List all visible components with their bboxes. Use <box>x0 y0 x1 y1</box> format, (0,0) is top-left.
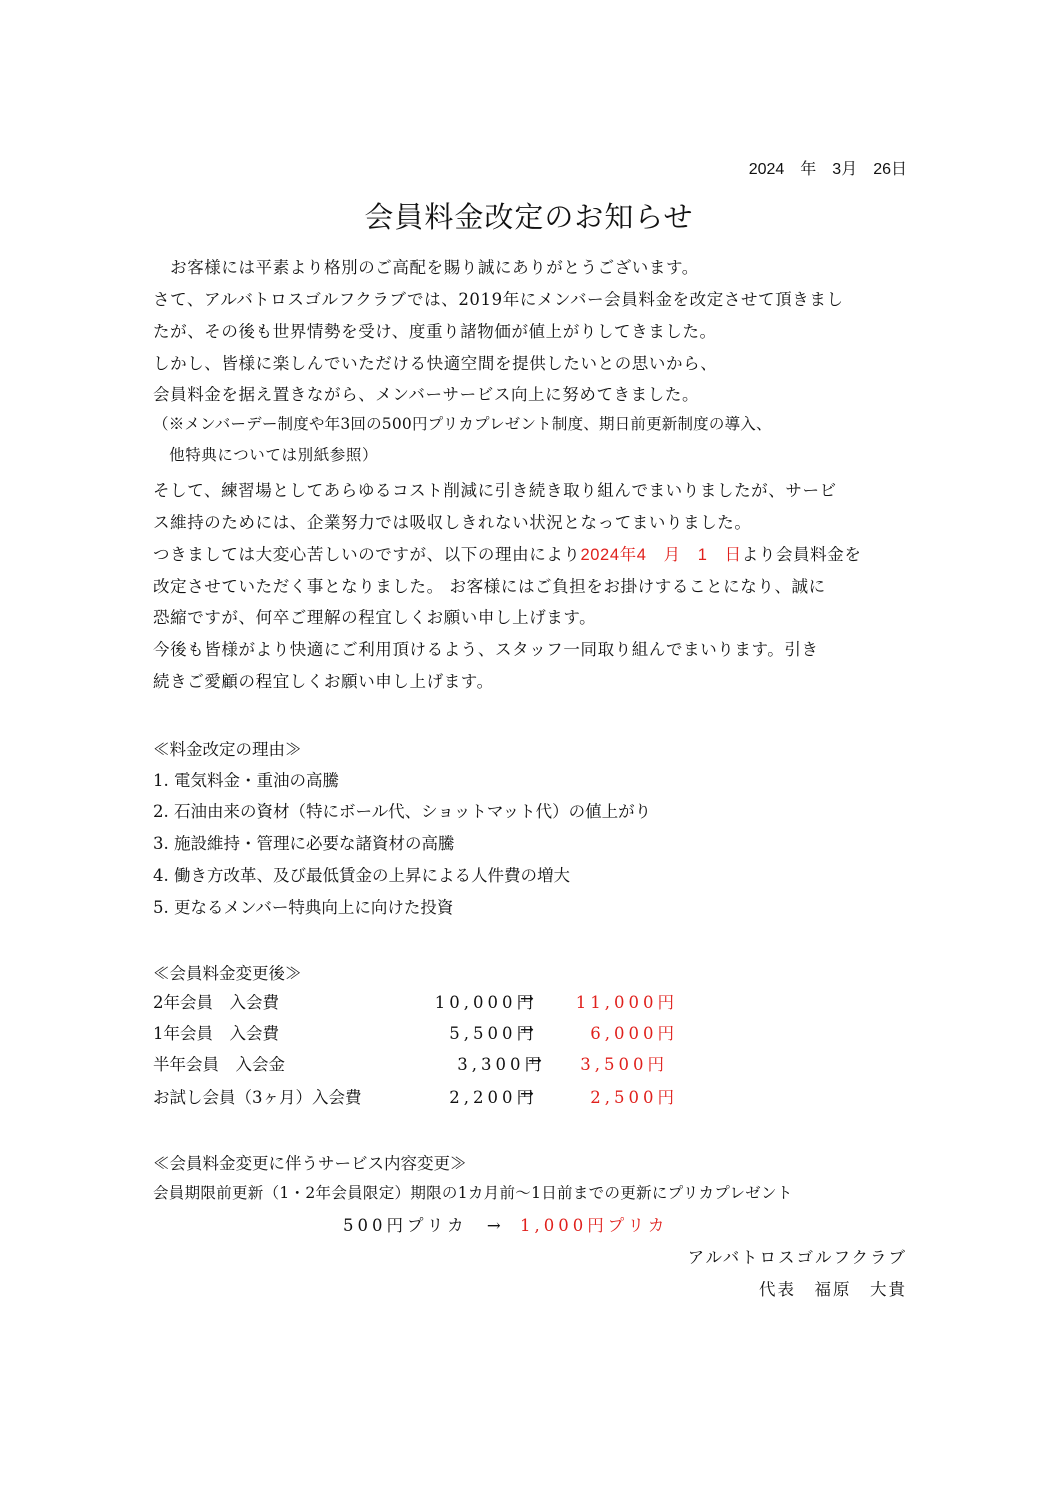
arrow-icon: → <box>520 1084 534 1103</box>
fee-row: お試し会員（3ヶ月）入会費 2,200円 → 2,500円 <box>153 1084 713 1108</box>
arrow-icon: → <box>487 1216 501 1235</box>
service-old: 500円プリカ <box>343 1216 468 1235</box>
reason-item: 3. 施設維持・管理に必要な諸資材の高騰 <box>153 830 455 854</box>
organization-name: アルバトロスゴルフクラブ <box>688 1244 907 1268</box>
body-line: 続きご愛顧の程宜しくお願い申し上げます。 <box>153 668 494 692</box>
arrow-icon: → <box>528 1051 542 1070</box>
body-line: 会員料金を据え置きながら、メンバーサービス向上に努めてきました。 <box>153 381 699 405</box>
body-note: （※メンバーデー制度や年3回の500円プリカプレゼント制度、期日前更新制度の導入… <box>153 412 772 434</box>
body-note: 他特典については別紙参照） <box>153 443 378 465</box>
body-line: お客様には平素より格別のご高配を賜り誠にありがとうございます。 <box>153 254 699 278</box>
reason-item: 2. 石油由来の資材（特にボール代、ショットマット代）の値上がり <box>153 798 651 822</box>
fee-row: 1年会員 入会費 5,500円 → 6,000円 <box>153 1020 713 1044</box>
effective-date: 2024年4 月 1 日 <box>581 546 742 564</box>
fee-row: 2年会員 入会費 10,000円 → 11,000円 <box>153 989 713 1013</box>
body-line: 改定させていただく事となりました。 お客様にはご負担をお掛けすることになり、誠に <box>153 573 826 597</box>
service-description: 会員期限前更新（1・2年会員限定）期限の1カ月前〜1日前までの更新にプリカプレゼ… <box>153 1181 793 1203</box>
body-line: たが、その後も世界情勢を受け、度重り諸物価が値上がりしてきました。 <box>153 318 717 342</box>
reason-item: 4. 働き方改革、及び最低賃金の上昇による人件費の増大 <box>153 862 570 886</box>
effective-line-after: より会員料金を <box>742 545 862 564</box>
fee-label: 半年会員 入会金 <box>153 1051 285 1075</box>
body-line: 恐縮ですが、何卒ご理解の程宜しくお願い申し上げます。 <box>153 604 596 628</box>
fee-row: 半年会員 入会金 3,300円 → 3,500円 <box>153 1051 713 1075</box>
effective-line-before: つきましては大変心苦しいのですが、以下の理由により <box>153 545 581 564</box>
fee-new: 11,000円 <box>576 989 678 1013</box>
fee-new: 6,000円 <box>590 1020 678 1044</box>
document-title: 会員料金改定のお知らせ <box>0 195 1058 236</box>
body-line: 今後も皆様がより快適にご利用頂けるよう、スタッフ一同取り組んでまいります。引き <box>153 636 819 660</box>
fees-heading: ≪会員料金変更後≫ <box>153 960 302 984</box>
reasons-heading: ≪料金改定の理由≫ <box>153 736 302 760</box>
body-line: さて、アルバトロスゴルフクラブでは、2019年にメンバー会員料金を改定させて頂き… <box>153 286 844 310</box>
body-line: しかし、皆様に楽しんでいただける快適空間を提供したいとの思いから、 <box>153 350 717 374</box>
fee-new: 2,500円 <box>590 1084 678 1108</box>
service-heading: ≪会員料金変更に伴うサービス内容変更≫ <box>153 1150 467 1174</box>
arrow-icon: → <box>520 1020 534 1039</box>
fee-label: お試し会員（3ヶ月）入会費 <box>153 1084 362 1108</box>
service-change: 500円プリカ → 1,000円プリカ <box>343 1212 668 1236</box>
representative-name: 代表 福原 大貴 <box>759 1276 907 1300</box>
service-new: 1,000円プリカ <box>520 1216 668 1235</box>
arrow-icon: → <box>520 989 534 1008</box>
effective-date-line: つきましては大変心苦しいのですが、以下の理由により2024年4 月 1 日より会… <box>153 541 861 565</box>
reason-item: 1. 電気料金・重油の高騰 <box>153 767 339 791</box>
fee-label: 1年会員 入会費 <box>153 1020 279 1044</box>
body-line: そして、練習場としてあらゆるコスト削減に引き続き取り組んでまいりましたが、サービ <box>153 477 837 501</box>
body-line: ス維持のためには、企業努力では吸収しきれない状況となってまいりました。 <box>153 509 752 533</box>
fee-label: 2年会員 入会費 <box>153 989 279 1013</box>
issue-date: 2024 年 3月 26日 <box>749 156 907 179</box>
reason-item: 5. 更なるメンバー特典向上に向けた投資 <box>153 894 453 918</box>
fee-new: 3,500円 <box>580 1051 668 1075</box>
